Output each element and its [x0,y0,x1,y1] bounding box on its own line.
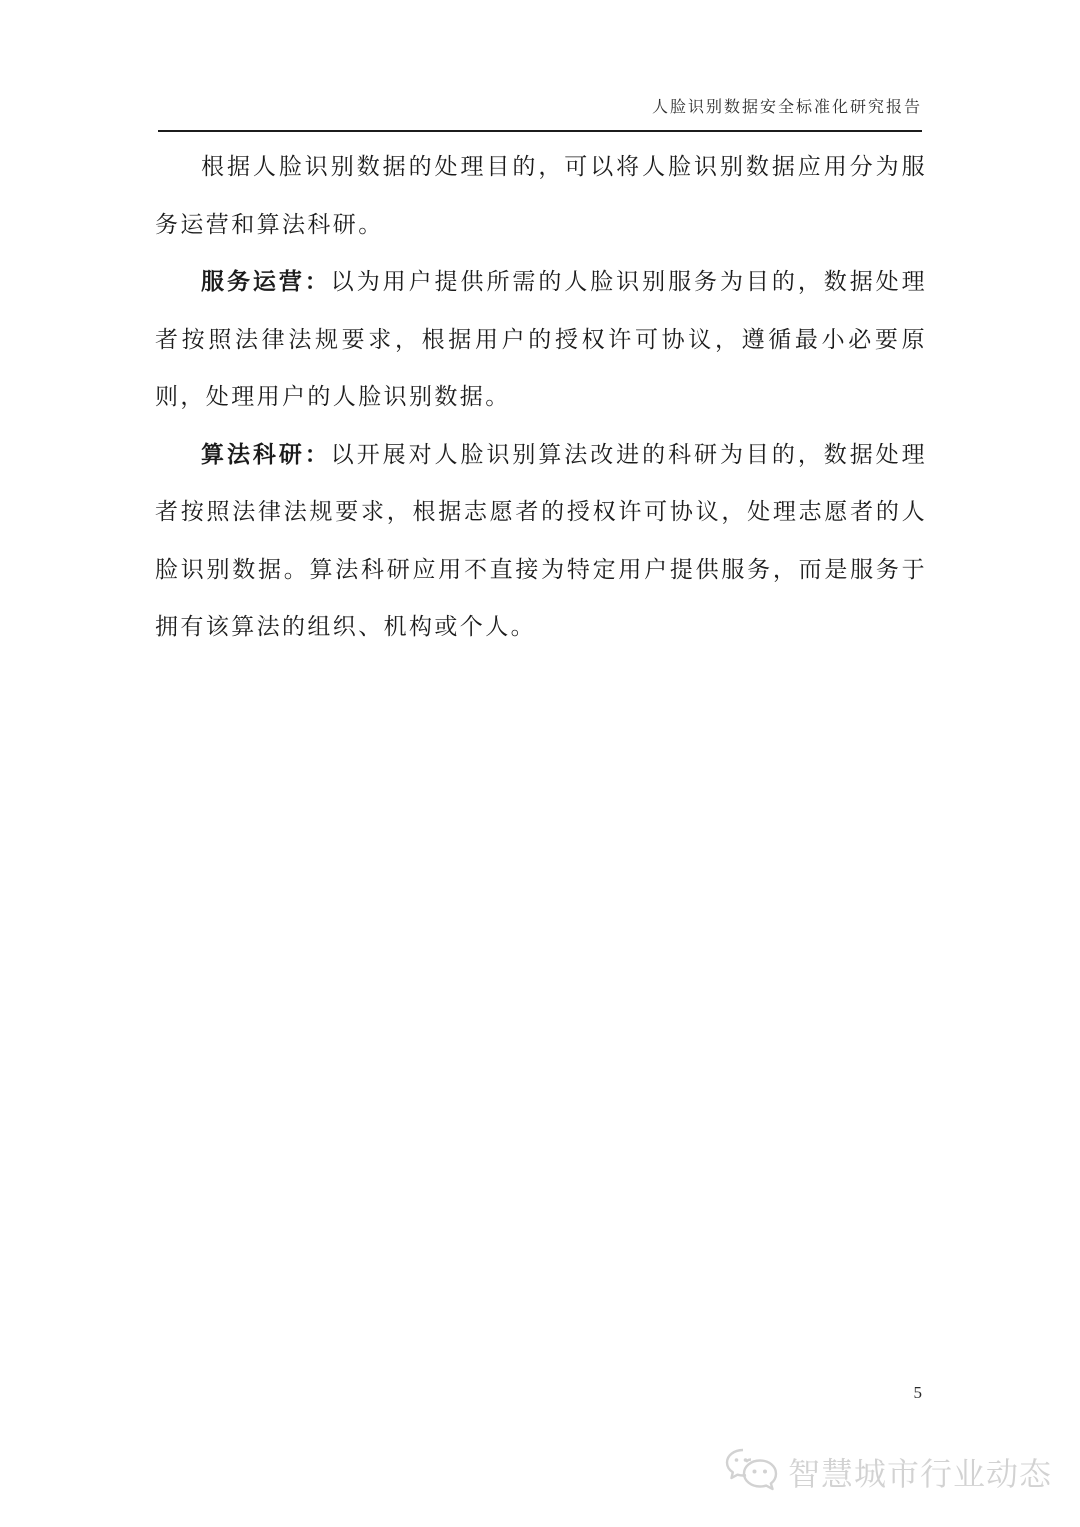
paragraph: 根据人脸识别数据的处理目的，可以将人脸识别数据应用分为服务运营和算法科研。 [155,138,927,253]
paragraph-text: 根据人脸识别数据的处理目的，可以将人脸识别数据应用分为服务运营和算法科研。 [155,154,927,237]
watermark: 智慧城市行业动态 [722,1447,1052,1497]
paragraph-lead: 服务运营： [201,269,331,294]
watermark-label: 智慧城市行业动态 [788,1449,1052,1495]
document-page: 人脸识别数据安全标准化研究报告 根据人脸识别数据的处理目的，可以将人脸识别数据应… [0,0,1080,1527]
paragraph: 服务运营：以为用户提供所需的人脸识别服务为目的，数据处理者按照法律法规要求，根据… [155,253,927,426]
document-body: 根据人脸识别数据的处理目的，可以将人脸识别数据应用分为服务运营和算法科研。 服务… [155,138,927,656]
paragraph: 算法科研：以开展对人脸识别算法改进的科研为目的，数据处理者按照法律法规要求，根据… [155,426,927,656]
page-number: 5 [158,1383,922,1403]
wechat-icon [722,1447,780,1497]
paragraph-lead: 算法科研： [201,442,331,467]
paragraph-text: 以开展对人脸识别算法改进的科研为目的，数据处理者按照法律法规要求，根据志愿者的授… [155,442,927,640]
header-title: 人脸识别数据安全标准化研究报告 [652,99,922,116]
page-header: 人脸识别数据安全标准化研究报告 [158,94,922,132]
